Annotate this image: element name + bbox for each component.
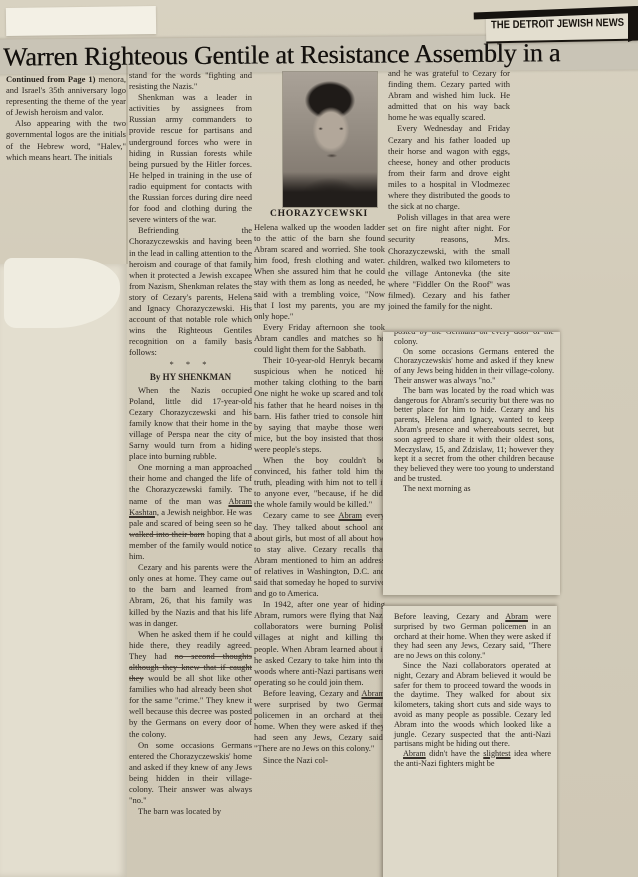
page-corner-shadow (628, 8, 638, 42)
paragraph: Polish villages in that area were set on… (388, 212, 510, 312)
paragraph: Befriending the Chorazyczewskis and havi… (129, 225, 252, 358)
article-column-5 (512, 70, 634, 344)
paragraph: * * * (129, 359, 252, 370)
paragraph: Shenkman was a leader in activities by a… (129, 92, 252, 225)
paragraph: Cezary came to see Abram every day. They… (254, 510, 385, 599)
paragraph: Every Wednesday and Friday Cezary and hi… (388, 123, 510, 212)
clipping-seam (126, 64, 128, 264)
masthead: THE DETROIT JEWISH NEWS (486, 13, 638, 44)
article-column-4: and he was grateful to Cezary for findin… (388, 68, 510, 334)
paragraph: The barn was located by the road which w… (394, 386, 554, 484)
paragraph: When he asked them if he could hide ther… (129, 629, 252, 740)
pasted-fragment-1: posted by the Germans on every door of t… (383, 332, 560, 595)
masthead-title: THE DETROIT JEWISH NEWS (486, 13, 617, 32)
paragraph: Abram didn't have the slightest idea whe… (394, 749, 551, 769)
paragraph: Also appearing with the two governmental… (6, 118, 126, 162)
paragraph: Since the Nazi col- (254, 755, 385, 766)
paragraph: When the Nazis occupied Poland, little d… (129, 385, 252, 463)
newspaper-clipping-scan: Warren Righteous Gentile at Resistance A… (0, 0, 638, 877)
paragraph: The barn was located by (129, 806, 252, 817)
fragment-1-text: posted by the Germans on every door of t… (394, 332, 554, 494)
paragraph: By HY SHENKMAN (129, 372, 252, 383)
paragraph: When the boy couldn't be convinced, his … (254, 455, 385, 510)
paragraph: The next morning as (394, 484, 554, 494)
portrait-photo (283, 72, 377, 207)
paragraph: and he was grateful to Cezary for findin… (388, 68, 510, 123)
paragraph: One morning a man approached their home … (129, 462, 252, 562)
paragraph: Since the Nazi collaborators operated at… (394, 661, 551, 749)
paragraph: On some occasions Germans entered the Ch… (394, 347, 554, 386)
photo-caption: CHORAZYCEWSKI (252, 209, 386, 219)
paragraph: Continued from Page 1) menora, and Israe… (6, 74, 126, 118)
paragraph: posted by the Germans on every door of t… (394, 332, 554, 347)
backing-paper (0, 264, 127, 877)
paragraph: Every Friday afternoon she took Abram ca… (254, 322, 385, 355)
pasted-fragment-2: Before leaving, Cezary and Abram were su… (383, 606, 557, 877)
article-column-1: Continued from Page 1) menora, and Israe… (6, 74, 126, 270)
torn-paper-scrap (6, 6, 156, 36)
article-column-3: Helena walked up the wooden ladder to th… (254, 222, 385, 877)
paragraph: Before leaving, Cezary and Abram were su… (254, 688, 385, 755)
paragraph: stand for the words "fighting and resist… (129, 70, 252, 92)
paragraph: On some occasions Germans entered the Ch… (129, 740, 252, 807)
paragraph: Cezary and his parents were the only one… (129, 562, 252, 629)
article-column-2: stand for the words "fighting and resist… (129, 70, 252, 877)
paragraph: In 1942, after one year of hiding Abram,… (254, 599, 385, 688)
paragraph: Before leaving, Cezary and Abram were su… (394, 612, 551, 661)
paragraph: Their 10-year-old Henryk became suspicio… (254, 355, 385, 455)
paragraph: Helena walked up the wooden ladder to th… (254, 222, 385, 322)
